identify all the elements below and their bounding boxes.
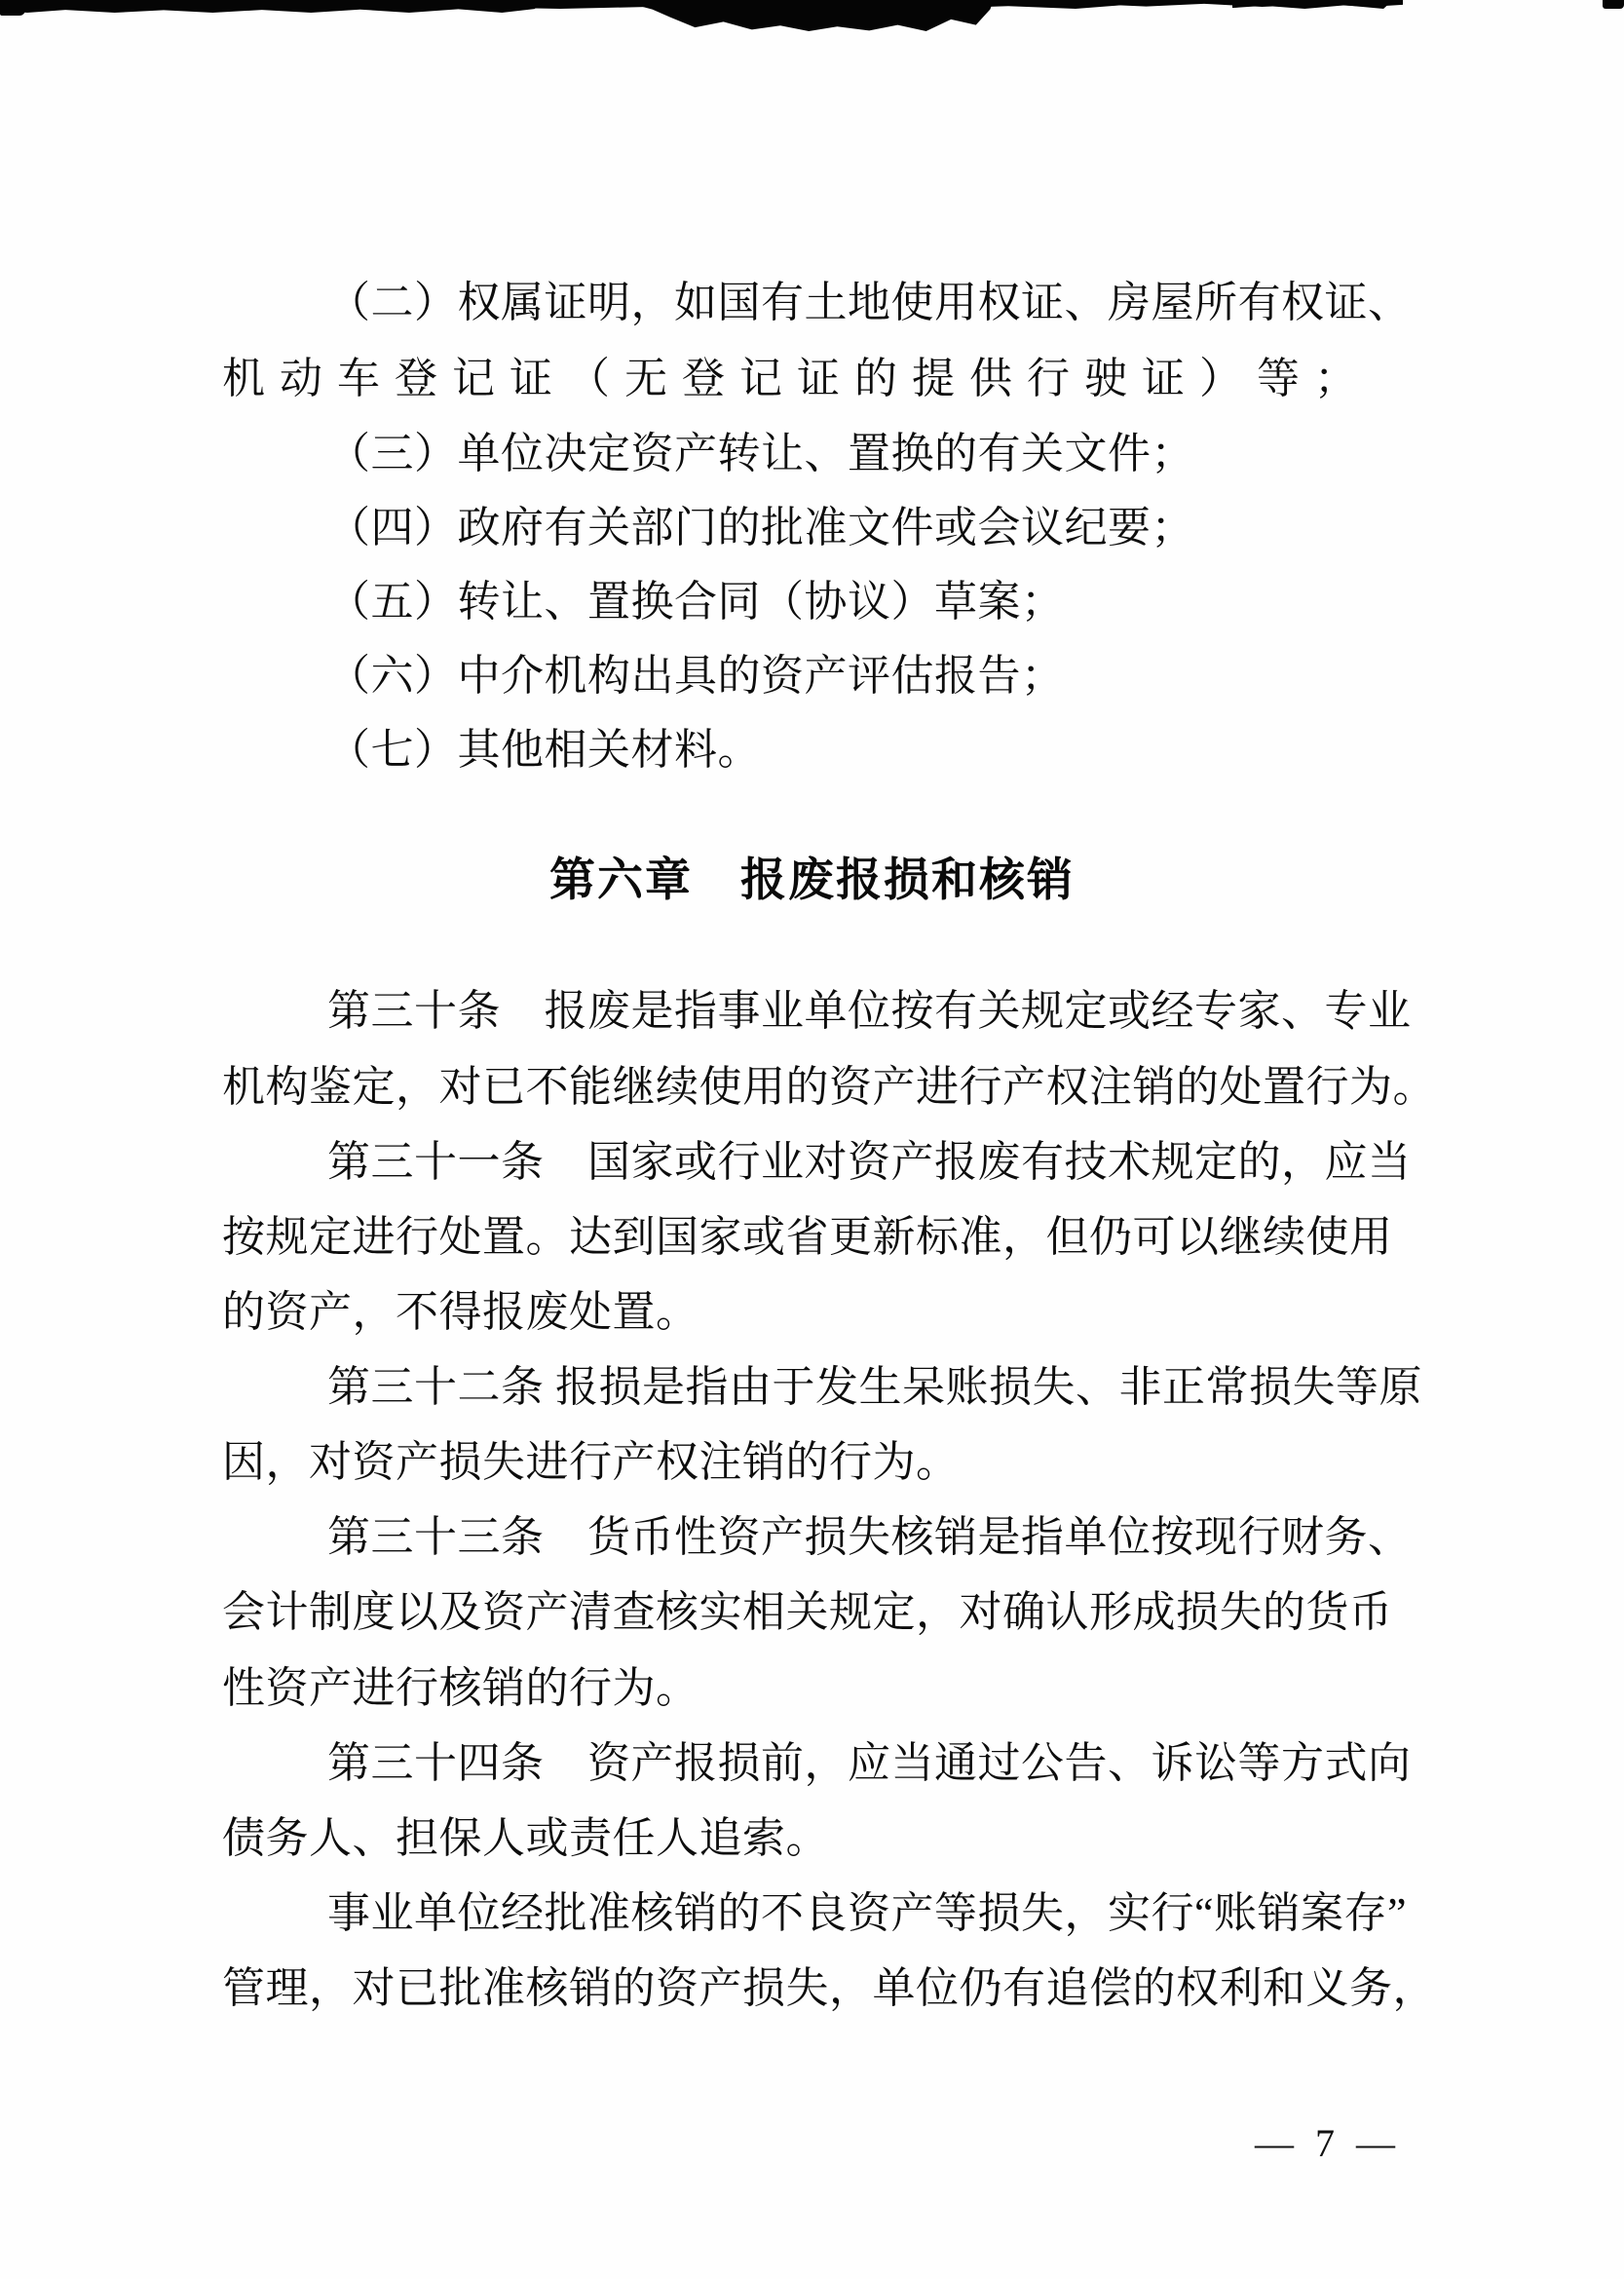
page-number: — 7 —	[1255, 2120, 1401, 2166]
text-line: 机动车登记证（无登记证的提供行驶证）等；	[222, 354, 1435, 404]
text-line: （三）单位决定资产转让、置换的有关文件；	[222, 429, 1540, 479]
scan-noise-bar	[0, 0, 546, 13]
text-line: 第三十条 报废是指事业单位按有关规定或经专家、专业	[222, 986, 1540, 1037]
text-line: 事业单位经批准核销的不良资产等损失，实行“账销案存”	[222, 1888, 1540, 1939]
scan-noise-speck	[0, 0, 25, 16]
text-line: 因，对资产损失进行产权注销的行为。	[222, 1437, 1435, 1488]
text-line: 会计制度以及资产清查核实相关规定，对确认形成损失的货币	[222, 1587, 1435, 1638]
text-line: 第三十一条 国家或行业对资产报废有技术规定的，应当	[222, 1137, 1540, 1188]
text-line: （七）其他相关材料。	[222, 725, 1540, 776]
scan-noise-blob	[638, 0, 994, 31]
text-line: 性资产进行核销的行为。	[222, 1663, 1435, 1714]
text-line: 第三十三条 货币性资产损失核销是指单位按现行财务、	[222, 1512, 1540, 1563]
scanned-document-page: （二）权属证明，如国有土地使用权证、房屋所有权证、 机动车登记证（无登记证的提供…	[0, 0, 1624, 2279]
text-line: （二）权属证明，如国有土地使用权证、房屋所有权证、	[222, 278, 1540, 328]
text-line: 债务人、担保人或责任人追索。	[222, 1813, 1435, 1864]
text-line: 第三十四条 资产报损前，应当通过公告、诉讼等方式向	[222, 1738, 1540, 1789]
text-line: 机构鉴定，对已不能继续使用的资产进行产权注销的处置行为。	[222, 1062, 1435, 1113]
text-line: 按规定进行处置。达到国家或省更新标准，但仍可以继续使用	[222, 1212, 1435, 1263]
text-line: （五）转让、置换合同（协议）草案；	[222, 577, 1540, 627]
text-line: 的资产，不得报废处置。	[222, 1287, 1435, 1338]
text-line: 管理，对已批准核销的资产损失，单位仍有追偿的权利和义务，	[222, 1963, 1435, 2014]
text-line: 第三十二条 报损是指由于发生呆账损失、非正常损失等原	[222, 1362, 1540, 1413]
chapter-heading: 第六章 报废报损和核销	[0, 844, 1624, 909]
scan-noise-speck	[1603, 0, 1624, 9]
text-line: （六）中介机构出具的资产评估报告；	[222, 651, 1540, 702]
scan-noise-patch	[1232, 0, 1393, 9]
text-line: （四）政府有关部门的批准文件或会议纪要；	[222, 503, 1540, 553]
